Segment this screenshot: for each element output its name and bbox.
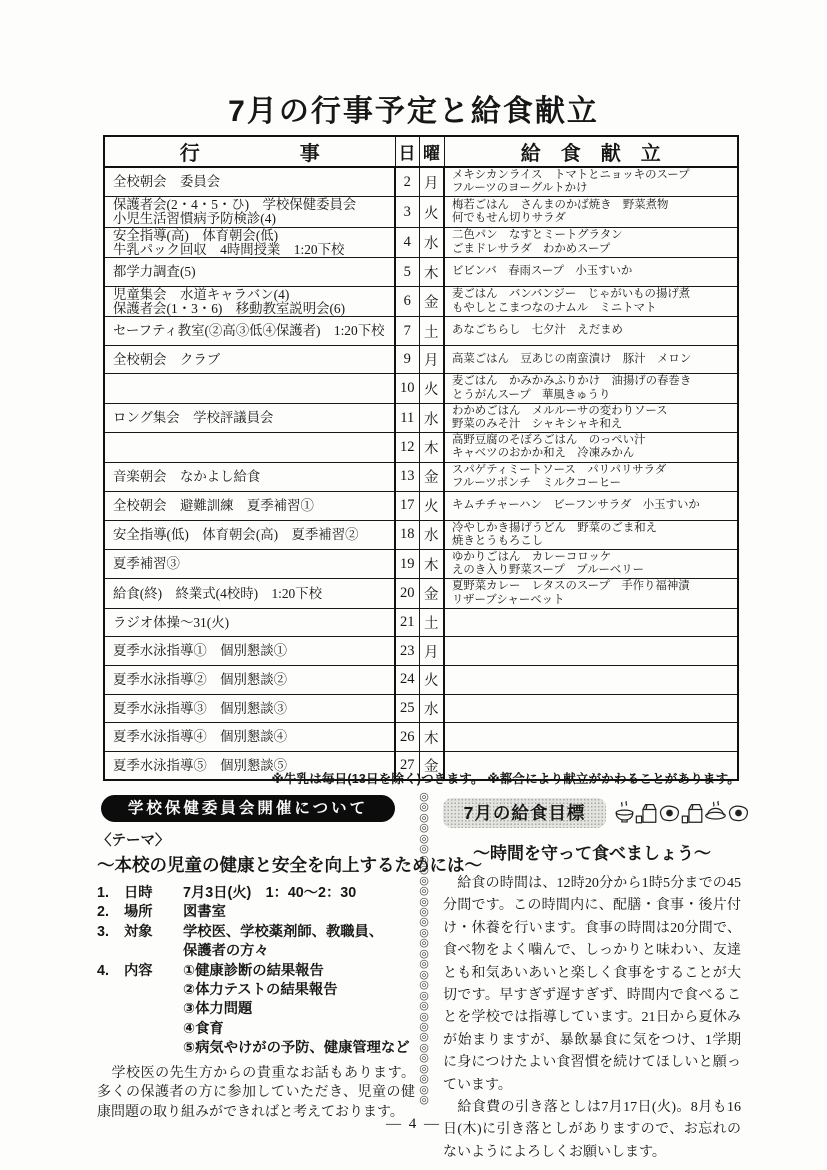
day-cell: 4 xyxy=(395,227,419,257)
schedule-table: 行 事 日 曜 給 食 献 立 全校朝会 委員会 2 月 メキシカンライス トマ… xyxy=(103,135,739,781)
menu-cell: ビビンバ 春雨スープ 小玉すいか xyxy=(444,258,738,287)
menu-line: 高野豆腐のそぼろごはん のっぺい汁 xyxy=(452,434,735,447)
milk-carton-icon xyxy=(635,800,658,826)
menu-cell xyxy=(444,723,738,752)
schedule-row: 保護者会(2・4・5・ひ) 学校保健委員会 小児生活習慣病予防検診(4) 3 火… xyxy=(104,197,738,227)
day-cell: 5 xyxy=(395,258,419,287)
event-cell: 全校朝会 委員会 xyxy=(104,167,395,197)
weekday-cell: 火 xyxy=(419,374,444,403)
agenda-item-number: 2. xyxy=(97,903,124,922)
agenda-item: ⑤病気やけがの予防、健康管理など xyxy=(97,1039,415,1058)
day-cell: 3 xyxy=(395,197,419,227)
col-header-menu: 給 食 献 立 xyxy=(444,136,738,167)
agenda-item-text: ⑤病気やけがの予防、健康管理など xyxy=(183,1039,415,1058)
menu-line: もやしとこまつなのナムル ミニトマト xyxy=(452,302,735,315)
schedule-row: 全校朝会 委員会 2 月 メキシカンライス トマトとニョッキのスープ フルーツの… xyxy=(104,167,738,197)
agenda-item-number: 1. xyxy=(97,884,124,903)
lunch-goal-paragraph-1: 給食の時間は、12時20分から1時5分までの45分間です。この時間内に、配膳・食… xyxy=(443,873,741,1097)
agenda-item-number xyxy=(97,1020,124,1039)
schedule-row: 夏季水泳指導④ 個別懇談④ 26 木 xyxy=(104,723,738,752)
day-cell: 6 xyxy=(395,286,419,316)
fried-egg-icon xyxy=(727,803,750,823)
menu-cell: 二色パン なすとミートグラタン ごまドレサラダ わかめスープ xyxy=(444,227,738,257)
steaming-pie-icon xyxy=(704,800,727,826)
agenda-item-text: ①健康診断の結果報告 xyxy=(183,962,415,981)
col-header-weekday: 曜 xyxy=(419,136,444,167)
event-cell: 給食(終) 終業式(4校時) 1:20下校 xyxy=(104,579,395,608)
menu-cell: 夏野菜カレー レタスのスープ 手作り福神漬 リザーブシャーベット xyxy=(444,579,738,608)
agenda-item-label: 対象 xyxy=(124,923,183,942)
agenda-item-number xyxy=(97,942,124,961)
menu-cell: メキシカンライス トマトとニョッキのスープ フルーツのヨーグルトかけ xyxy=(444,167,738,197)
weekday-cell: 土 xyxy=(419,317,444,346)
menu-cell: 高野豆腐のそぼろごはん のっぺい汁 キャベツのおかか和え 冷凍みかん xyxy=(444,433,738,462)
food-icons-row xyxy=(606,800,750,826)
agenda-item-text: ④食育 xyxy=(183,1020,415,1039)
menu-cell: 冷やしかき揚げうどん 野菜のごま和え 焼きとうもろこし xyxy=(444,520,738,549)
schedule-row: 夏季水泳指導① 個別懇談① 23 月 xyxy=(104,637,738,666)
weekday-cell: 月 xyxy=(419,345,444,374)
steaming-bowl-icon xyxy=(614,800,635,826)
event-line: ラジオ体操～31(火) xyxy=(113,616,391,630)
schedule-row: 夏季水泳指導③ 個別懇談③ 25 水 xyxy=(104,694,738,723)
day-cell: 7 xyxy=(395,317,419,346)
menu-line: とうがんスープ 華風きゅうり xyxy=(452,389,735,402)
weekday-cell: 金 xyxy=(419,579,444,608)
day-cell: 19 xyxy=(395,550,419,579)
event-line: ロング集会 学校評議員会 xyxy=(113,411,391,425)
agenda-item-number xyxy=(97,1039,124,1058)
day-cell: 21 xyxy=(395,608,419,637)
menu-line: メキシカンライス トマトとニョッキのスープ xyxy=(452,169,735,182)
health-closing-paragraph: 学校医の先生方からの貴重なお話もあります。多くの保護者の方に参加していただき、児… xyxy=(97,1064,415,1123)
lunch-goal-title: 7月の給食目標 xyxy=(443,798,606,828)
agenda-item: 1. 日時 7月3日(火) 1：40～2：30 xyxy=(97,884,415,903)
lunch-goal-subtitle: ～時間を守って食べましょう～ xyxy=(443,839,741,864)
agenda-item-label xyxy=(124,981,183,1000)
schedule-row: 音楽朝会 なかよし給食 13 金 スパゲティミートソース パリパリサラダ フルー… xyxy=(104,462,738,491)
weekday-cell: 木 xyxy=(419,258,444,287)
menu-cell xyxy=(444,608,738,637)
menu-cell: 高菜ごはん 豆あじの南蛮漬け 豚汁 メロン xyxy=(444,345,738,374)
event-cell: 全校朝会 クラブ xyxy=(104,345,395,374)
newsletter-page: 7月の行事予定と給食献立 行 事 日 曜 給 食 献 立 全校朝会 委員会 2 xyxy=(0,0,827,1170)
event-line: 全校朝会 委員会 xyxy=(113,175,391,189)
day-cell: 10 xyxy=(395,374,419,403)
menu-line: フルーツポンチ ミルクコーヒー xyxy=(452,477,735,490)
menu-cell xyxy=(444,666,738,695)
weekday-cell: 金 xyxy=(419,462,444,491)
event-line: 夏季水泳指導① 個別懇談① xyxy=(113,644,391,658)
event-cell: 夏季水泳指導③ 個別懇談③ xyxy=(104,694,395,723)
agenda-item: 2. 場所 図書室 xyxy=(97,903,415,922)
event-line: 安全指導(高) 体育朝会(低) xyxy=(113,229,391,243)
day-cell: 23 xyxy=(395,637,419,666)
day-cell: 11 xyxy=(395,403,419,432)
menu-line: スパゲティミートソース パリパリサラダ xyxy=(452,464,735,477)
event-cell: 音楽朝会 なかよし給食 xyxy=(104,462,395,491)
agenda-item-number xyxy=(97,1000,124,1019)
menu-line: ごまドレサラダ わかめスープ xyxy=(452,243,735,256)
day-cell: 12 xyxy=(395,433,419,462)
menu-line: 麦ごはん かみかみふりかけ 油揚げの春巻き xyxy=(452,375,735,388)
schedule-row: 安全指導(低) 体育朝会(高) 夏季補習② 18 水 冷やしかき揚げうどん 野菜… xyxy=(104,520,738,549)
menu-cell: スパゲティミートソース パリパリサラダ フルーツポンチ ミルクコーヒー xyxy=(444,462,738,491)
schedule-body: 全校朝会 委員会 2 月 メキシカンライス トマトとニョッキのスープ フルーツの… xyxy=(104,167,738,780)
agenda-item-label: 場所 xyxy=(124,903,183,922)
agenda-item: ④食育 xyxy=(97,1020,415,1039)
weekday-cell: 木 xyxy=(419,433,444,462)
event-cell: 夏季水泳指導② 個別懇談② xyxy=(104,666,395,695)
day-cell: 2 xyxy=(395,167,419,197)
agenda-item-text: 保護者の方々 xyxy=(183,942,415,961)
milk-carton-icon xyxy=(681,800,704,826)
menu-cell: わかめごはん メルルーサの変わりソース 野菜のみそ汁 シャキシャキ和え xyxy=(444,403,738,432)
schedule-header: 行 事 日 曜 給 食 献 立 xyxy=(104,136,738,167)
agenda-item: ③体力問題 xyxy=(97,1000,415,1019)
col-header-day: 日 xyxy=(395,136,419,167)
menu-line: 野菜のみそ汁 シャキシャキ和え xyxy=(452,418,735,431)
schedule-row: セーフティ教室(②高③低④保護者) 1:20下校 7 土 あなごちらし 七夕汁 … xyxy=(104,317,738,346)
lunch-goal-header: 7月の給食目標 xyxy=(443,797,741,829)
schedule-row: 安全指導(高) 体育朝会(低) 牛乳パック回収 4時間授業 1:20下校 4 水… xyxy=(104,227,738,257)
event-line: 夏季水泳指導② 個別懇談② xyxy=(113,673,391,687)
event-cell: 夏季水泳指導① 個別懇談① xyxy=(104,637,395,666)
menu-cell xyxy=(444,637,738,666)
schedule-row: 児童集会 水道キャラバン(4) 保護者会(1・3・6) 移動教室説明会(6) 6… xyxy=(104,286,738,316)
menu-line: キャベツのおかか和え 冷凍みかん xyxy=(452,447,735,460)
col-header-events: 行 事 xyxy=(104,136,395,167)
weekday-cell: 土 xyxy=(419,608,444,637)
weekday-cell: 月 xyxy=(419,637,444,666)
schedule-row: ロング集会 学校評議員会 11 水 わかめごはん メルルーサの変わりソース 野菜… xyxy=(104,403,738,432)
agenda-item: 保護者の方々 xyxy=(97,942,415,961)
event-line: 児童集会 水道キャラバン(4) xyxy=(113,288,391,302)
agenda-item-label xyxy=(124,942,183,961)
weekday-cell: 水 xyxy=(419,694,444,723)
agenda-item: 4. 内容 ①健康診断の結果報告 xyxy=(97,962,415,981)
health-committee-banner: 学校保健委員会開催について xyxy=(101,795,395,822)
weekday-cell: 金 xyxy=(419,286,444,316)
event-line: 保護者会(1・3・6) 移動教室説明会(6) xyxy=(113,302,391,316)
schedule-row: 全校朝会 避難訓練 夏季補習① 17 火 キムチチャーハン ビーフンサラダ 小玉… xyxy=(104,492,738,521)
menu-line: ビビンバ 春雨スープ 小玉すいか xyxy=(452,265,735,278)
event-line: 全校朝会 クラブ xyxy=(113,353,391,367)
agenda-item-text: 図書室 xyxy=(183,903,415,922)
event-line: セーフティ教室(②高③低④保護者) 1:20下校 xyxy=(113,324,391,338)
day-cell: 18 xyxy=(395,520,419,549)
menu-line: キムチチャーハン ビーフンサラダ 小玉すいか xyxy=(452,499,735,512)
event-cell: 児童集会 水道キャラバン(4) 保護者会(1・3・6) 移動教室説明会(6) xyxy=(104,286,395,316)
theme-title: ～本校の児童の健康と安全を向上するためには～ xyxy=(97,852,415,877)
menu-line: 梅若ごはん さんまのかば焼き 野菜煮物 xyxy=(452,199,735,212)
day-cell: 24 xyxy=(395,666,419,695)
event-cell: 夏季水泳指導④ 個別懇談④ xyxy=(104,723,395,752)
event-cell: 全校朝会 避難訓練 夏季補習① xyxy=(104,492,395,521)
event-line: 都学力調査(5) xyxy=(113,265,391,279)
event-line: 小児生活習慣病予防検診(4) xyxy=(113,212,391,226)
weekday-cell: 火 xyxy=(419,197,444,227)
agenda-item-text: ③体力問題 xyxy=(183,1000,415,1019)
day-cell: 26 xyxy=(395,723,419,752)
agenda-item-label xyxy=(124,1000,183,1019)
health-committee-section: 学校保健委員会開催について 〈テーマ〉 ～本校の児童の健康と安全を向上するために… xyxy=(97,795,415,1122)
event-line: 安全指導(低) 体育朝会(高) 夏季補習② xyxy=(113,528,391,542)
weekday-cell: 水 xyxy=(419,227,444,257)
menu-cell: キムチチャーハン ビーフンサラダ 小玉すいか xyxy=(444,492,738,521)
day-cell: 9 xyxy=(395,345,419,374)
event-cell: 都学力調査(5) xyxy=(104,258,395,287)
page-number: — 4 — xyxy=(0,1116,827,1133)
event-line: 夏季水泳指導④ 個別懇談④ xyxy=(113,730,391,744)
weekday-cell: 火 xyxy=(419,666,444,695)
agenda-item: ②体力テストの結果報告 xyxy=(97,981,415,1000)
page-title: 7月の行事予定と給食献立 xyxy=(0,86,827,130)
menu-line: 焼きとうもろこし xyxy=(452,535,735,548)
schedule-row: 全校朝会 クラブ 9 月 高菜ごはん 豆あじの南蛮漬け 豚汁 メロン xyxy=(104,345,738,374)
schedule-row: 夏季補習③ 19 木 ゆかりごはん カレーコロッケ えのき入り野菜スープ ブルー… xyxy=(104,550,738,579)
event-line: 全校朝会 避難訓練 夏季補習① xyxy=(113,499,391,513)
coil-divider: ◎◎◎◎◎◎◎◎◎◎◎◎◎◎◎◎◎◎◎◎◎◎◎◎◎◎◎◎◎◎ xyxy=(416,792,432,1106)
event-cell xyxy=(104,433,395,462)
event-cell: 安全指導(高) 体育朝会(低) 牛乳パック回収 4時間授業 1:20下校 xyxy=(104,227,395,257)
lunch-goal-section: 7月の給食目標 xyxy=(443,797,741,1164)
menu-cell: 麦ごはん バンバンジー じゃがいもの揚げ煮 もやしとこまつなのナムル ミニトマト xyxy=(444,286,738,316)
event-line: 夏季補習③ xyxy=(113,557,391,571)
milk-footnote: ※牛乳は毎日(13日を除く)つきます。 ※都合により献立がかわることがあります。 xyxy=(271,769,740,787)
event-cell: 夏季補習③ xyxy=(104,550,395,579)
menu-line: えのき入り野菜スープ ブルーベリー xyxy=(452,564,735,577)
event-line: 音楽朝会 なかよし給食 xyxy=(113,470,391,484)
schedule-row: 都学力調査(5) 5 木 ビビンバ 春雨スープ 小玉すいか xyxy=(104,258,738,287)
day-cell: 13 xyxy=(395,462,419,491)
weekday-cell: 木 xyxy=(419,723,444,752)
event-line: 給食(終) 終業式(4校時) 1:20下校 xyxy=(113,587,391,601)
agenda-item-number xyxy=(97,981,124,1000)
agenda-item-label xyxy=(124,1020,183,1039)
agenda-item: 3. 対象 学校医、学校薬剤師、教職員、 xyxy=(97,923,415,942)
day-cell: 17 xyxy=(395,492,419,521)
weekday-cell: 水 xyxy=(419,403,444,432)
event-cell: 安全指導(低) 体育朝会(高) 夏季補習② xyxy=(104,520,395,549)
event-line: 牛乳パック回収 4時間授業 1:20下校 xyxy=(113,243,391,257)
agenda-item-number: 3. xyxy=(97,923,124,942)
event-line: 夏季水泳指導③ 個別懇談③ xyxy=(113,702,391,716)
theme-label: 〈テーマ〉 xyxy=(97,829,415,850)
menu-line: わかめごはん メルルーサの変わりソース xyxy=(452,405,735,418)
weekday-cell: 火 xyxy=(419,492,444,521)
schedule-row: 給食(終) 終業式(4校時) 1:20下校 20 金 夏野菜カレー レタスのスー… xyxy=(104,579,738,608)
menu-line: あなごちらし 七夕汁 えだまめ xyxy=(452,324,735,337)
schedule-row: 12 木 高野豆腐のそぼろごはん のっぺい汁 キャベツのおかか和え 冷凍みかん xyxy=(104,433,738,462)
schedule-row: 10 火 麦ごはん かみかみふりかけ 油揚げの春巻き とうがんスープ 華風きゅう… xyxy=(104,374,738,403)
schedule-row: ラジオ体操～31(火) 21 土 xyxy=(104,608,738,637)
agenda-item-label xyxy=(124,1039,183,1058)
menu-cell: 麦ごはん かみかみふりかけ 油揚げの春巻き とうがんスープ 華風きゅうり xyxy=(444,374,738,403)
event-cell xyxy=(104,374,395,403)
menu-line: ゆかりごはん カレーコロッケ xyxy=(452,551,735,564)
agenda-item-text: ②体力テストの結果報告 xyxy=(183,981,415,1000)
menu-line: 何でもせん切りサラダ xyxy=(452,212,735,225)
agenda-item-label: 日時 xyxy=(124,884,183,903)
menu-line: 冷やしかき揚げうどん 野菜のごま和え xyxy=(452,522,735,535)
schedule-row: 夏季水泳指導② 個別懇談② 24 火 xyxy=(104,666,738,695)
agenda-list: 1. 日時 7月3日(火) 1：40～2：30 2. 場所 図書室 3. 対象 … xyxy=(97,884,415,1059)
menu-line: 麦ごはん バンバンジー じゃがいもの揚げ煮 xyxy=(452,288,735,301)
weekday-cell: 月 xyxy=(419,167,444,197)
agenda-item-label: 内容 xyxy=(124,962,183,981)
event-cell: ロング集会 学校評議員会 xyxy=(104,403,395,432)
fried-egg-icon xyxy=(658,803,681,823)
agenda-item-text: 7月3日(火) 1：40～2：30 xyxy=(183,884,415,903)
menu-line: 二色パン なすとミートグラタン xyxy=(452,229,735,242)
weekday-cell: 水 xyxy=(419,520,444,549)
menu-cell xyxy=(444,694,738,723)
menu-line: リザーブシャーベット xyxy=(452,594,735,607)
day-cell: 20 xyxy=(395,579,419,608)
menu-line: 高菜ごはん 豆あじの南蛮漬け 豚汁 メロン xyxy=(452,353,735,366)
menu-cell: ゆかりごはん カレーコロッケ えのき入り野菜スープ ブルーベリー xyxy=(444,550,738,579)
day-cell: 25 xyxy=(395,694,419,723)
event-cell: セーフティ教室(②高③低④保護者) 1:20下校 xyxy=(104,317,395,346)
event-cell: ラジオ体操～31(火) xyxy=(104,608,395,637)
menu-cell: 梅若ごはん さんまのかば焼き 野菜煮物 何でもせん切りサラダ xyxy=(444,197,738,227)
menu-line: フルーツのヨーグルトかけ xyxy=(452,182,735,195)
agenda-item-number: 4. xyxy=(97,962,124,981)
menu-line: 夏野菜カレー レタスのスープ 手作り福神漬 xyxy=(452,580,735,593)
weekday-cell: 木 xyxy=(419,550,444,579)
agenda-item-text: 学校医、学校薬剤師、教職員、 xyxy=(183,923,415,942)
event-cell: 保護者会(2・4・5・ひ) 学校保健委員会 小児生活習慣病予防検診(4) xyxy=(104,197,395,227)
menu-cell: あなごちらし 七夕汁 えだまめ xyxy=(444,317,738,346)
